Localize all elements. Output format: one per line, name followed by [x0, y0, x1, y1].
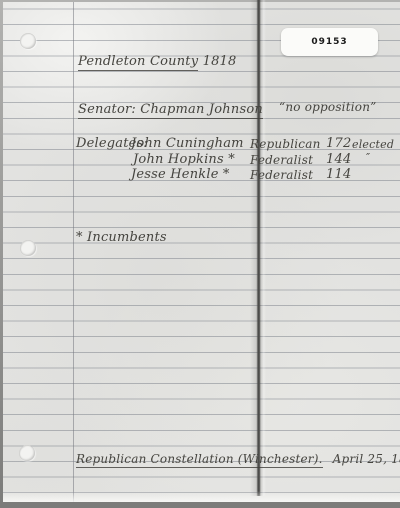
margin-line: [73, 2, 74, 502]
page-bottom-edge: [3, 491, 400, 502]
punch-hole-middle: [20, 240, 36, 256]
delegate-name: John Hopkins *: [133, 152, 235, 167]
ruled-lines: [3, 0, 400, 497]
delegate-votes: 114: [326, 167, 351, 182]
delegate-note: elected: [352, 138, 394, 151]
citation-source: Republican Constellation (Winchester).: [76, 452, 323, 468]
delegate-ditto-mark: ″: [366, 151, 370, 164]
senator-text: Senator: Chapman Johnson: [78, 102, 263, 119]
catalog-number: 09153: [311, 37, 347, 47]
title-county: Pendleton County: [78, 54, 198, 71]
delegate-votes: 172: [326, 136, 351, 151]
delegate-party: Republican: [250, 137, 321, 151]
punch-hole-bottom: [19, 445, 35, 461]
delegate-votes: 144: [326, 152, 351, 167]
delegate-party: Federalist: [250, 168, 313, 182]
scanned-notebook-page: 09153 Pendleton County 1818 Senator: Cha…: [0, 0, 400, 508]
incumbents-footnote: * Incumbents: [76, 230, 167, 245]
delegate-name: Jesse Henkle *: [131, 167, 230, 182]
page-fold-crease: [250, 0, 266, 496]
delegate-name: John Cuningham: [131, 136, 244, 151]
citation-date: April 25, 1818: [333, 452, 400, 466]
title-line: Pendleton County 1818: [78, 54, 236, 69]
title-year: 1818: [203, 54, 237, 69]
senator-result: “no opposition”: [279, 100, 376, 114]
punch-hole-top: [20, 33, 36, 49]
catalog-number-label: 09153: [281, 28, 378, 56]
citation-line: Republican Constellation (Winchester). A…: [76, 452, 400, 466]
delegate-party: Federalist: [250, 153, 313, 167]
senator-line: Senator: Chapman Johnson: [78, 102, 263, 117]
